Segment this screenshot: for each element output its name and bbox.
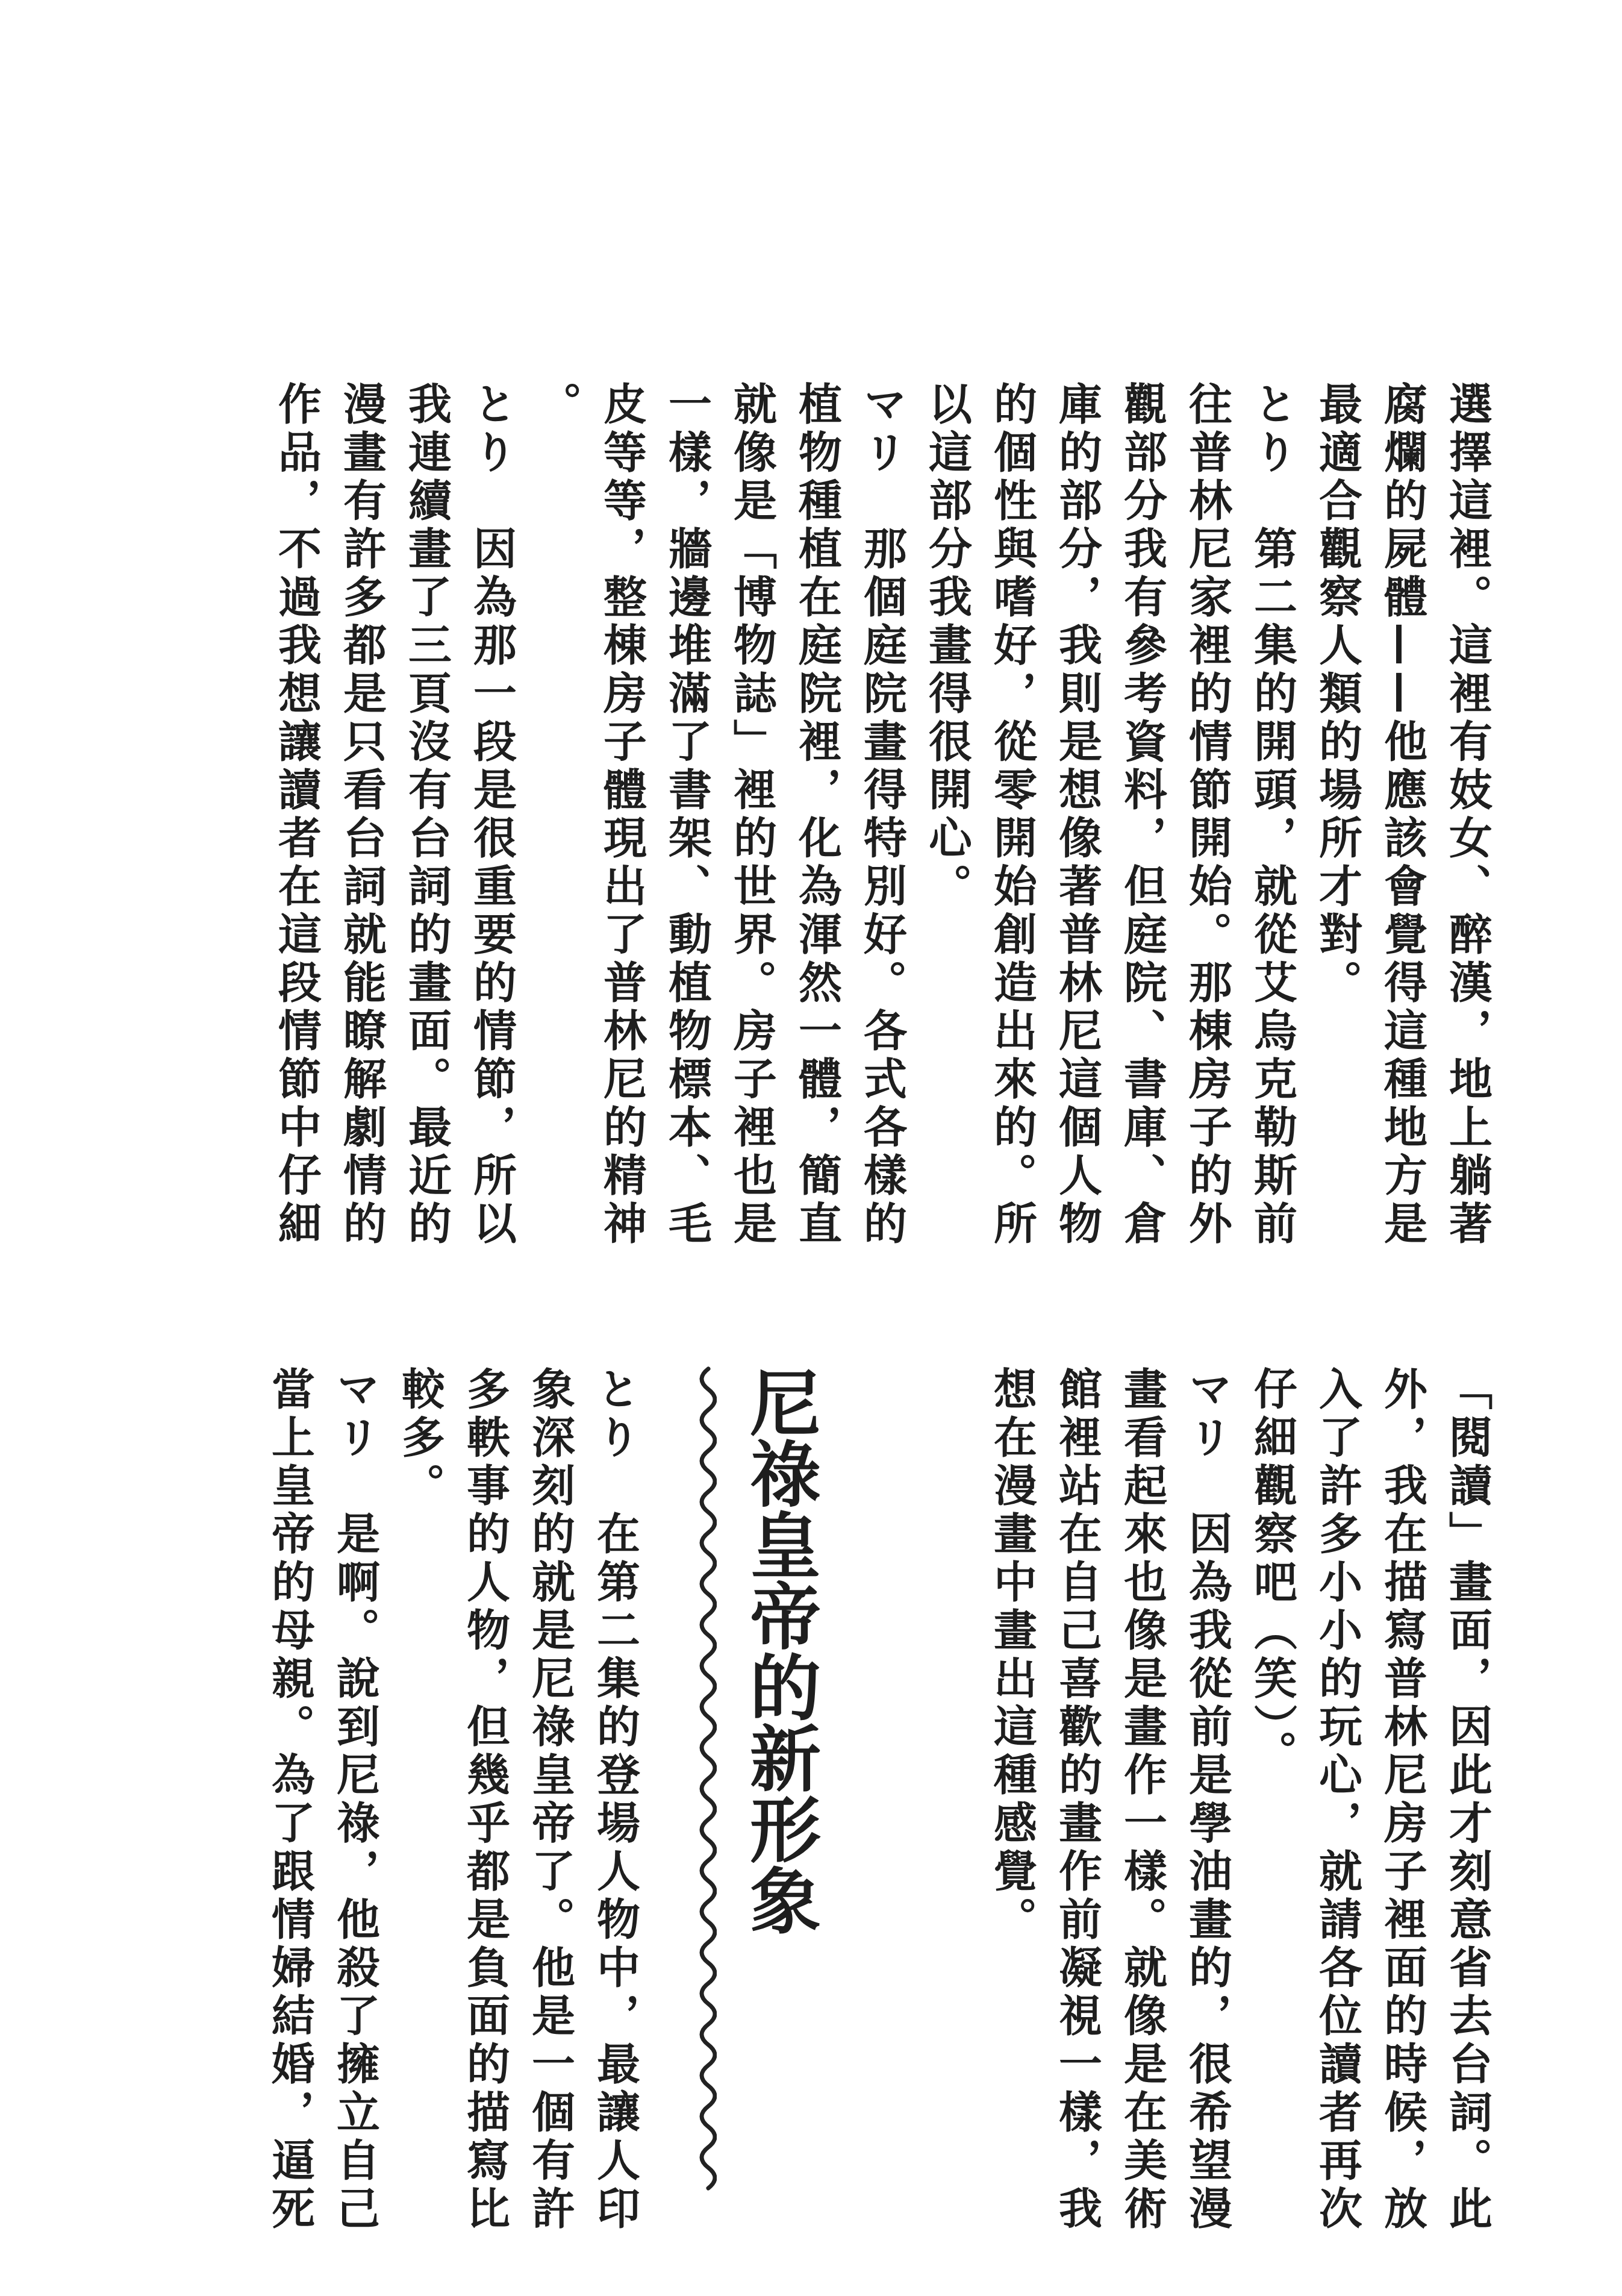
- text-column: 往普林尼家裡的情節開始。那棟房子的外: [1174, 381, 1240, 1261]
- text-column: 入了許多小小的玩心，就請各位讀者再次: [1305, 1366, 1370, 2252]
- text-column: 選擇這裡。這裡有妓女、醉漢，地上躺著: [1435, 381, 1500, 1261]
- text-column-speaker-tori: とり 在第二集的登場人物中，最讓人印: [582, 1366, 647, 2252]
- text-column: 仔細觀察吧（笑）。: [1240, 1366, 1305, 2252]
- text-column: 作品，不過我想讓讀者在這段情節中仔細: [264, 381, 329, 1261]
- text-column: 想在漫畫中畫出這種感覺。: [979, 1366, 1044, 2252]
- text-column-speaker-tori: とり 第二集的開頭，就從艾烏克勒斯前: [1240, 381, 1305, 1261]
- text-column: 一樣，牆邊堆滿了書架、動植物標本、毛: [654, 381, 719, 1261]
- book-page: 選擇這裡。這裡有妓女、醉漢，地上躺著 腐爛的屍體——他應該會覺得這種地方是 最適…: [0, 0, 1622, 2296]
- top-text-block: 選擇這裡。這裡有妓女、醉漢，地上躺著 腐爛的屍體——他應該會覺得這種地方是 最適…: [264, 381, 1500, 1261]
- wavy-line-decoration: [695, 1366, 717, 2252]
- text-column: 多軼事的人物，但幾乎都是負面的描寫比: [452, 1366, 517, 2252]
- text-column: 植物種植在庭院裡，化為渾然一體，簡直: [784, 381, 849, 1261]
- text-column: 觀部分我有參考資料，但庭院、書庫、倉: [1109, 381, 1174, 1261]
- text-column: 最適合觀察人類的場所才對。: [1305, 381, 1370, 1261]
- text-column: 「閱讀」畫面，因此才刻意省去台詞。此: [1435, 1366, 1500, 2252]
- text-column-speaker-tori: とり 因為那一段是很重要的情節，所以: [459, 381, 524, 1261]
- text-column: 的個性與嗜好，從零開始創造出來的。所: [979, 381, 1044, 1261]
- text-column: 較多。: [387, 1366, 452, 2252]
- text-column: 我連續畫了三頁沒有台詞的畫面。最近的: [394, 381, 459, 1261]
- text-column: 皮等等，整棟房子體現出了普林尼的精神: [589, 381, 654, 1261]
- text-column: 象深刻的就是尼祿皇帝了。他是一個有許: [517, 1366, 582, 2252]
- text-column: 漫畫有許多都是只看台詞就能瞭解劇情的: [329, 381, 394, 1261]
- text-column: 畫看起來也像是畫作一樣。就像是在美術: [1109, 1366, 1174, 2252]
- text-column: 館裡站在自己喜歡的畫作前凝視一樣，我: [1044, 1366, 1109, 2252]
- text-column: 庫的部分，我則是想像著普林尼這個人物: [1044, 381, 1109, 1261]
- text-column-speaker-mari: マリ 那個庭院畫得特別好。各式各樣的: [849, 381, 914, 1261]
- text-column: 當上皇帝的母親。為了跟情婦結婚，逼死: [257, 1366, 322, 2252]
- section-heading: 尼祿皇帝的新形象: [737, 1366, 822, 2252]
- bottom-text-block: 「閱讀」畫面，因此才刻意省去台詞。此 外，我在描寫普林尼房子裡面的時候，放 入了…: [257, 1366, 1500, 2252]
- text-column: 以這部分我畫得很開心。: [914, 381, 979, 1261]
- text-column-speaker-mari: マリ 因為我從前是學油畫的，很希望漫: [1174, 1366, 1240, 2252]
- text-column: 外，我在描寫普林尼房子裡面的時候，放: [1370, 1366, 1435, 2252]
- text-column: 就像是「博物誌」裡的世界。房子裡也是: [719, 381, 784, 1261]
- section-heading-group: 尼祿皇帝的新形象: [695, 1366, 822, 2252]
- text-column: 腐爛的屍體——他應該會覺得這種地方是: [1370, 381, 1435, 1261]
- text-column-speaker-mari: マリ 是啊。說到尼祿，他殺了擁立自己: [322, 1366, 387, 2252]
- text-column: 。: [524, 381, 589, 1261]
